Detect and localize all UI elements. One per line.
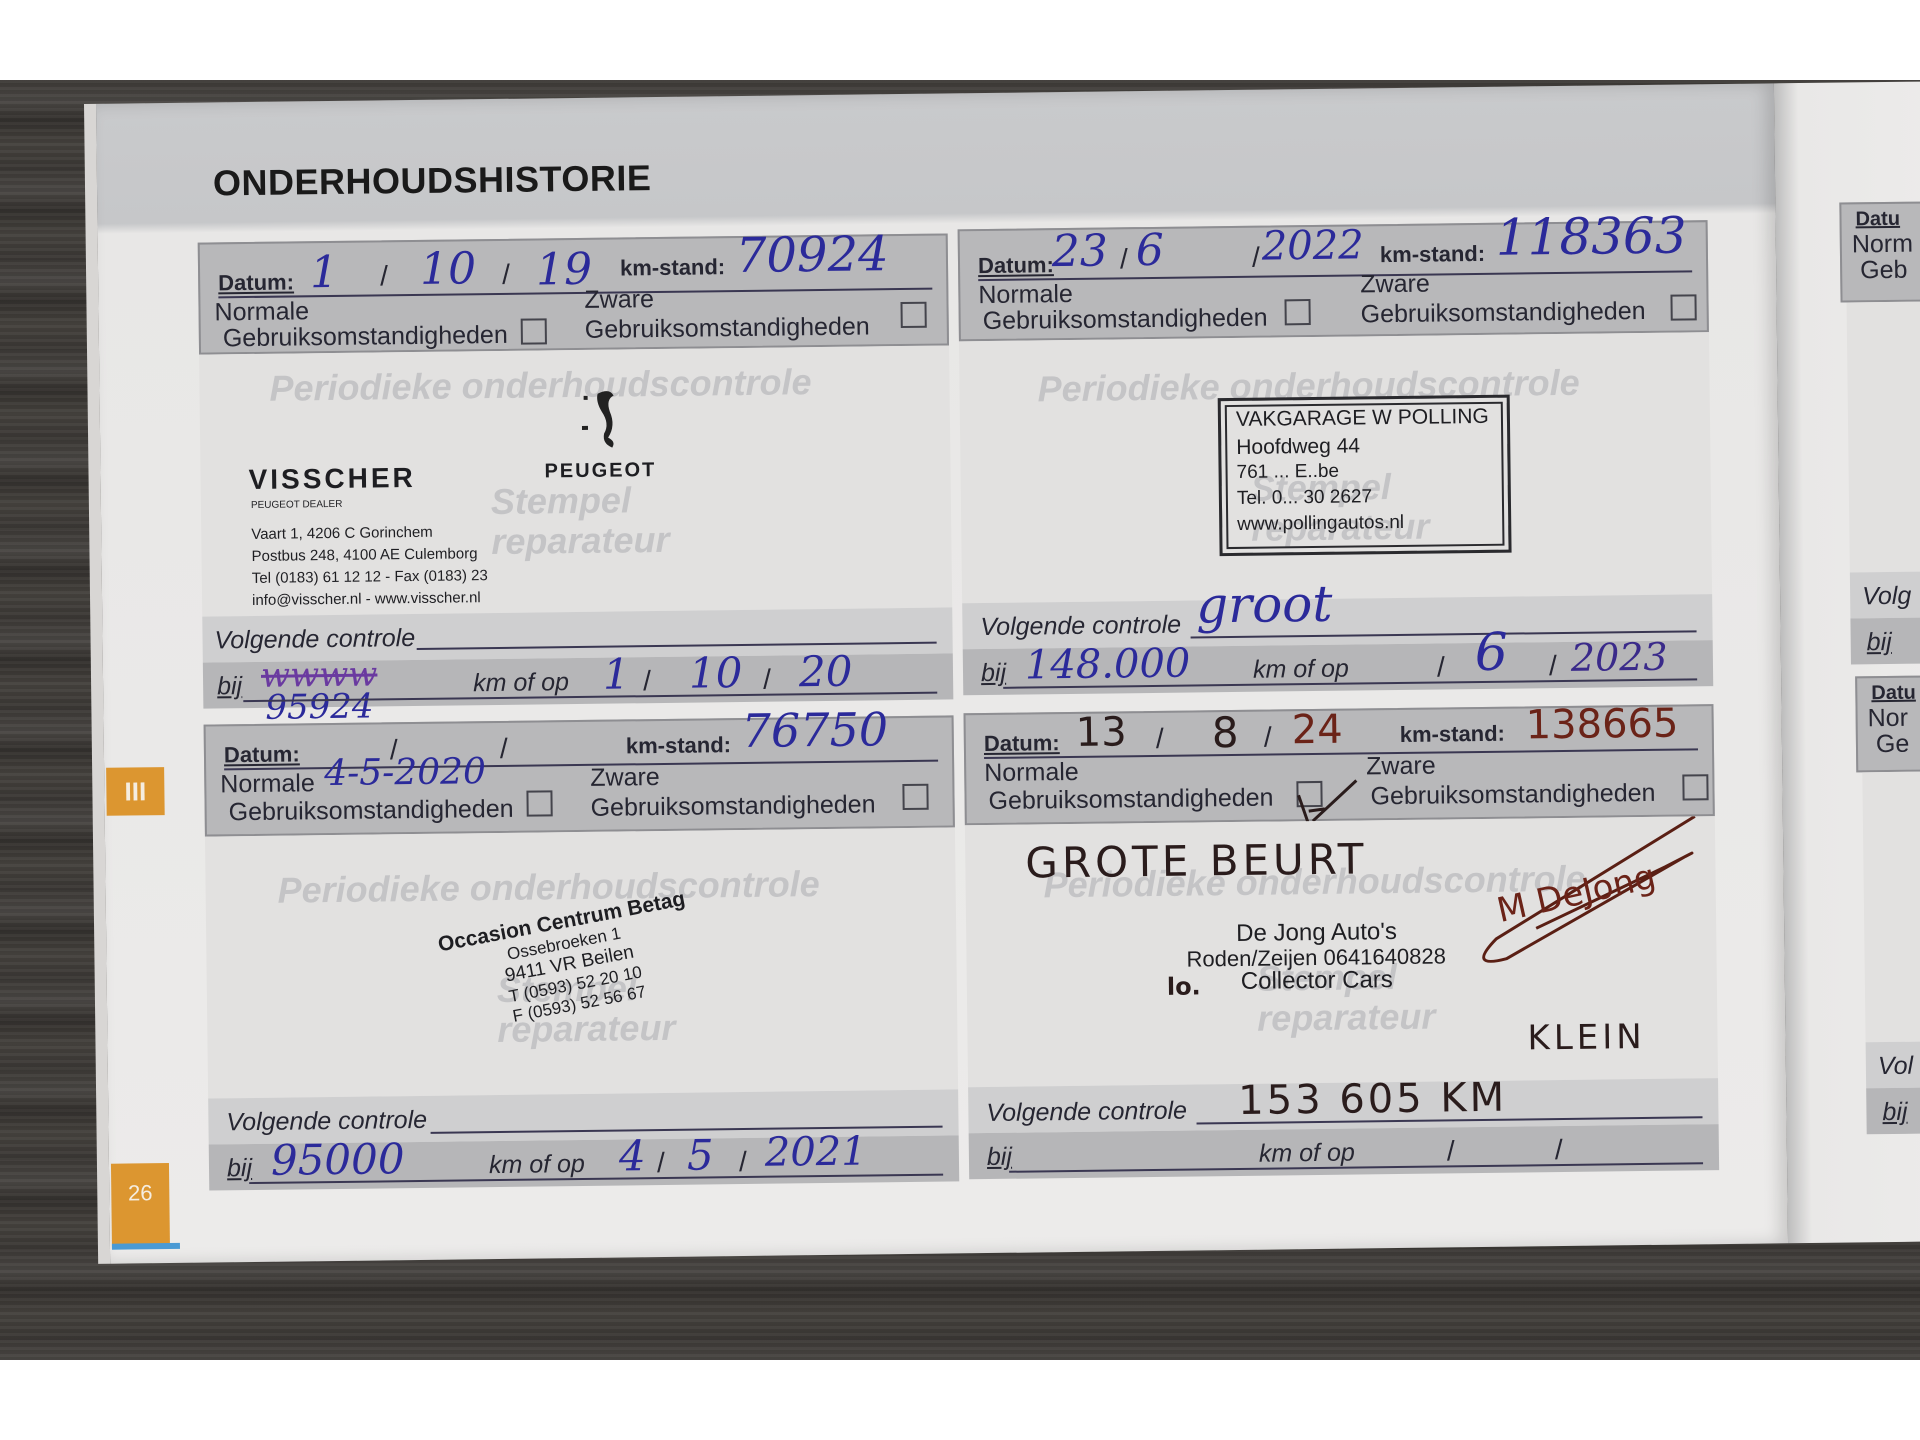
stamp-address-1: Vaart 1, 4206 C Gorinchem — [251, 524, 433, 543]
volgende-controle-value[interactable]: 153 605 KM — [1238, 1075, 1507, 1124]
km-of-op-label: km of op — [1259, 1139, 1355, 1169]
datum-month[interactable]: 8 — [1211, 708, 1238, 757]
page-number: 26 — [111, 1163, 170, 1248]
stamp-brand: PEUGEOT — [544, 459, 656, 483]
normale-checkbox[interactable] — [521, 318, 547, 344]
right-geb-label-2: Ge — [1876, 730, 1910, 759]
watermark-title: Periodieke onderhoudscontrole — [277, 863, 820, 912]
stamp-area: Periodieke onderhoudscontrole Stempel re… — [205, 827, 958, 1098]
left-page: ONDERHOUDSHISTORIE III 26 Datum: 1 / 10 … — [84, 83, 1788, 1264]
right-bij-label: bij — [1867, 628, 1892, 657]
zware-checkbox[interactable] — [1670, 294, 1696, 320]
op-day[interactable]: 1 — [603, 649, 630, 698]
km-stand-label: km-stand: — [1380, 241, 1485, 268]
initials-mark: lo. — [1167, 972, 1201, 1000]
km-stand-label: km-stand: — [626, 732, 731, 759]
date-separator: / — [763, 664, 771, 696]
right-page: Datu Norm Geb Volg bij Datu Nor Ge Vol b… — [1774, 81, 1920, 1243]
date-separator: / — [502, 259, 510, 291]
zware-checkbox[interactable] — [902, 784, 928, 810]
km-stand-value[interactable]: 70924 — [736, 226, 889, 284]
volgende-controle-value[interactable]: groot — [1196, 575, 1333, 635]
right-entry-header-1: Datu Norm Geb — [1839, 201, 1920, 302]
datum-day[interactable]: 13 — [1075, 709, 1126, 756]
right-datum-label: Datu — [1855, 208, 1900, 232]
normale-label-2: Gebruiksomstandigheden — [988, 784, 1273, 816]
stamp-line-4: Tel. 0... 30 2627 — [1237, 486, 1372, 510]
section-tab: III — [106, 767, 165, 816]
date-separator: / — [500, 733, 508, 765]
right-bij-row: bij — [1850, 617, 1920, 664]
km-stand-label: km-stand: — [620, 254, 725, 281]
date-separator: / — [1264, 722, 1272, 754]
right-datum-label-2: Datu — [1871, 682, 1916, 706]
watermark-stempel: Stempel — [491, 479, 632, 523]
right-stamp-area — [1847, 301, 1920, 572]
stamp-area: Periodieke onderhoudscontrole Stempel re… — [965, 816, 1718, 1087]
op-day[interactable]: 4 — [619, 1131, 646, 1180]
zware-label-2: Gebruiksomstandigheden — [590, 790, 875, 822]
date-separator: / — [1447, 1135, 1455, 1167]
op-month[interactable]: 5 — [687, 1130, 714, 1179]
bij-label: bij — [217, 672, 242, 701]
date-separator: / — [1252, 242, 1260, 274]
right-volgende-label-2: Vol — [1878, 1052, 1914, 1081]
zware-label-2: Gebruiksomstandigheden — [585, 312, 870, 344]
right-geb-label: Geb — [1860, 256, 1908, 286]
stamp-line-1: VAKGARAGE W POLLING — [1236, 405, 1489, 432]
bij-label: bij — [987, 1143, 1012, 1172]
op-month[interactable]: 6 — [1474, 623, 1508, 683]
datum-year[interactable]: 24 — [1291, 707, 1342, 754]
bij-row: bij km of op / / — [969, 1124, 1720, 1179]
bij-row: bij wwww 95924 km of op 1 / 10 / 20 — [203, 653, 954, 708]
entry-4: Datum: 13 / 8 / 24 km-stand: 138665 Norm… — [964, 704, 1720, 1213]
date-separator: / — [657, 1147, 665, 1179]
stamp-line-2: Hoofdweg 44 — [1236, 434, 1360, 460]
handwritten-note: GROTE BEURT — [1025, 834, 1368, 887]
date-separator: / — [739, 1146, 747, 1178]
datum-label: Datum: — [978, 252, 1054, 279]
date-separator: / — [1437, 651, 1445, 683]
zware-label-1: Zware — [584, 285, 654, 315]
stamp-address-2: Postbus 248, 4100 AE Culemborg — [251, 545, 477, 565]
km-stand-label: km-stand: — [1400, 721, 1505, 748]
volgende-controle-label: Volgende controle — [226, 1106, 427, 1137]
watermark-reparateur: reparateur — [1257, 996, 1436, 1040]
maintenance-booklet: ONDERHOUDSHISTORIE III 26 Datum: 1 / 10 … — [84, 82, 1920, 1264]
normale-checkbox[interactable] — [526, 790, 552, 816]
stamp-line-3: 761 ... E..be — [1236, 461, 1339, 484]
entry-3: Datum: / / km-stand: 76750 Normale 4-5-2… — [204, 715, 960, 1224]
bij-row: bij 148.000 km of op / 6 / 2023 — [963, 640, 1714, 695]
normale-label-2: Gebruiksomstandigheden — [983, 304, 1268, 336]
km-of-op-label: km of op — [473, 668, 569, 698]
bij-row: bij 95000 km of op 4 / 5 / 2021 — [209, 1135, 960, 1190]
datum-written-value[interactable]: 4-5-2020 — [324, 751, 486, 794]
datum-label: Datum: — [224, 741, 300, 768]
watermark-reparateur: reparateur — [491, 519, 670, 563]
volgende-controle-label: Volgende controle — [980, 611, 1181, 642]
op-year[interactable]: 2021 — [765, 1129, 867, 1176]
op-month[interactable]: 10 — [689, 648, 743, 698]
volgende-controle-label: Volgende controle — [214, 624, 415, 655]
entry-header: Datum: 23 / 6 / 2022 km-stand: 118363 No… — [958, 220, 1709, 341]
date-separator: / — [380, 260, 388, 292]
zware-label-2: Gebruiksomstandigheden — [1360, 297, 1645, 329]
op-year[interactable]: 2023 — [1571, 635, 1668, 680]
stamp-line-3: Collector Cars — [1241, 966, 1393, 996]
normale-checkbox[interactable] — [1284, 299, 1310, 325]
right-bij-row-2: bij — [1866, 1087, 1920, 1134]
date-separator: / — [1555, 1134, 1563, 1166]
entry-header: Datum: 1 / 10 / 19 km-stand: 70924 Norma… — [198, 233, 949, 354]
bij-underline — [1009, 1162, 1703, 1172]
km-of-op-label: km of op — [489, 1150, 585, 1180]
datum-day[interactable]: 23 — [1052, 226, 1109, 278]
op-year[interactable]: 20 — [799, 647, 853, 697]
peugeot-lion-icon — [579, 385, 630, 456]
normale-label-1: Normale — [984, 758, 1079, 788]
right-stamp-area-2 — [1862, 771, 1920, 1042]
zware-label-2: Gebruiksomstandigheden — [1370, 779, 1655, 811]
watermark-title: Periodieke onderhoudscontrole — [269, 361, 812, 410]
page-title: ONDERHOUDSHISTORIE — [213, 157, 652, 204]
bij-label: bij — [981, 659, 1006, 688]
zware-checkbox[interactable] — [900, 302, 926, 328]
km-stand-value[interactable]: 118363 — [1495, 206, 1687, 266]
bij-km-value[interactable]: 95924 — [265, 687, 374, 728]
normale-label-1: Normale — [220, 769, 315, 799]
stamp-area: Periodieke onderhoudscontrole Stempel re… — [199, 345, 952, 616]
km-of-op-label: km of op — [1253, 655, 1349, 685]
normale-label-2: Gebruiksomstandigheden — [228, 795, 513, 827]
bij-label: bij — [227, 1154, 252, 1183]
stamp-area: Periodieke onderhoudscontrole Stempel re… — [959, 332, 1712, 603]
km-stand-value[interactable]: 76750 — [741, 702, 888, 758]
date-separator: / — [1549, 650, 1557, 682]
right-entry-header-2: Datu Nor Ge — [1855, 675, 1920, 772]
zware-label-1: Zware — [590, 763, 660, 793]
blue-edge-strip — [112, 1243, 180, 1250]
datum-month[interactable]: 6 — [1136, 225, 1165, 276]
datum-label: Datum: — [984, 730, 1060, 757]
datum-day[interactable]: 1 — [310, 247, 339, 298]
date-separator: / — [1156, 723, 1164, 755]
entry-1: Datum: 1 / 10 / 19 km-stand: 70924 Norma… — [198, 233, 954, 742]
date-separator: / — [1120, 243, 1128, 275]
zware-checkbox[interactable] — [1682, 774, 1708, 800]
km-stand-value[interactable]: 138665 — [1525, 701, 1678, 749]
entry-header: Datum: / / km-stand: 76750 Normale 4-5-2… — [204, 715, 955, 836]
volgende-controle-label: Volgende controle — [986, 1097, 1187, 1128]
right-volgende-label: Volg — [1862, 582, 1911, 612]
datum-month[interactable]: 10 — [420, 243, 477, 295]
right-bij-label-2: bij — [1882, 1098, 1907, 1127]
entry-2: Datum: 23 / 6 / 2022 km-stand: 118363 No… — [958, 220, 1714, 729]
normale-label-2: Gebruiksomstandigheden — [223, 321, 508, 353]
stamp-dealer-name: VISSCHER — [248, 462, 416, 496]
entry-header: Datum: 13 / 8 / 24 km-stand: 138665 Norm… — [964, 704, 1715, 825]
volgende-underline — [417, 642, 937, 650]
zware-label-1: Zware — [1366, 752, 1436, 782]
datum-label: Datum: — [218, 269, 294, 296]
stamp-dealer-subtitle: PEUGEOT DEALER — [251, 499, 343, 511]
right-volgende-row: Volg — [1850, 571, 1920, 618]
handwritten-note-2: KLEIN — [1527, 1017, 1646, 1058]
datum-year[interactable]: 2022 — [1262, 222, 1364, 269]
bij-km-value[interactable]: 95000 — [271, 1134, 405, 1185]
zware-label-1: Zware — [1360, 270, 1430, 300]
stamp-email: info@visscher.nl - www.visscher.nl — [252, 589, 481, 609]
date-separator: / — [643, 665, 651, 697]
bij-km-value[interactable]: 148.000 — [1025, 641, 1191, 689]
stamp-phone: Tel (0183) 61 12 12 - Fax (0183) 23 — [252, 567, 488, 587]
right-volgende-row-2: Vol — [1866, 1041, 1920, 1088]
stamp-line-5: www.pollingautos.nl — [1237, 512, 1404, 536]
